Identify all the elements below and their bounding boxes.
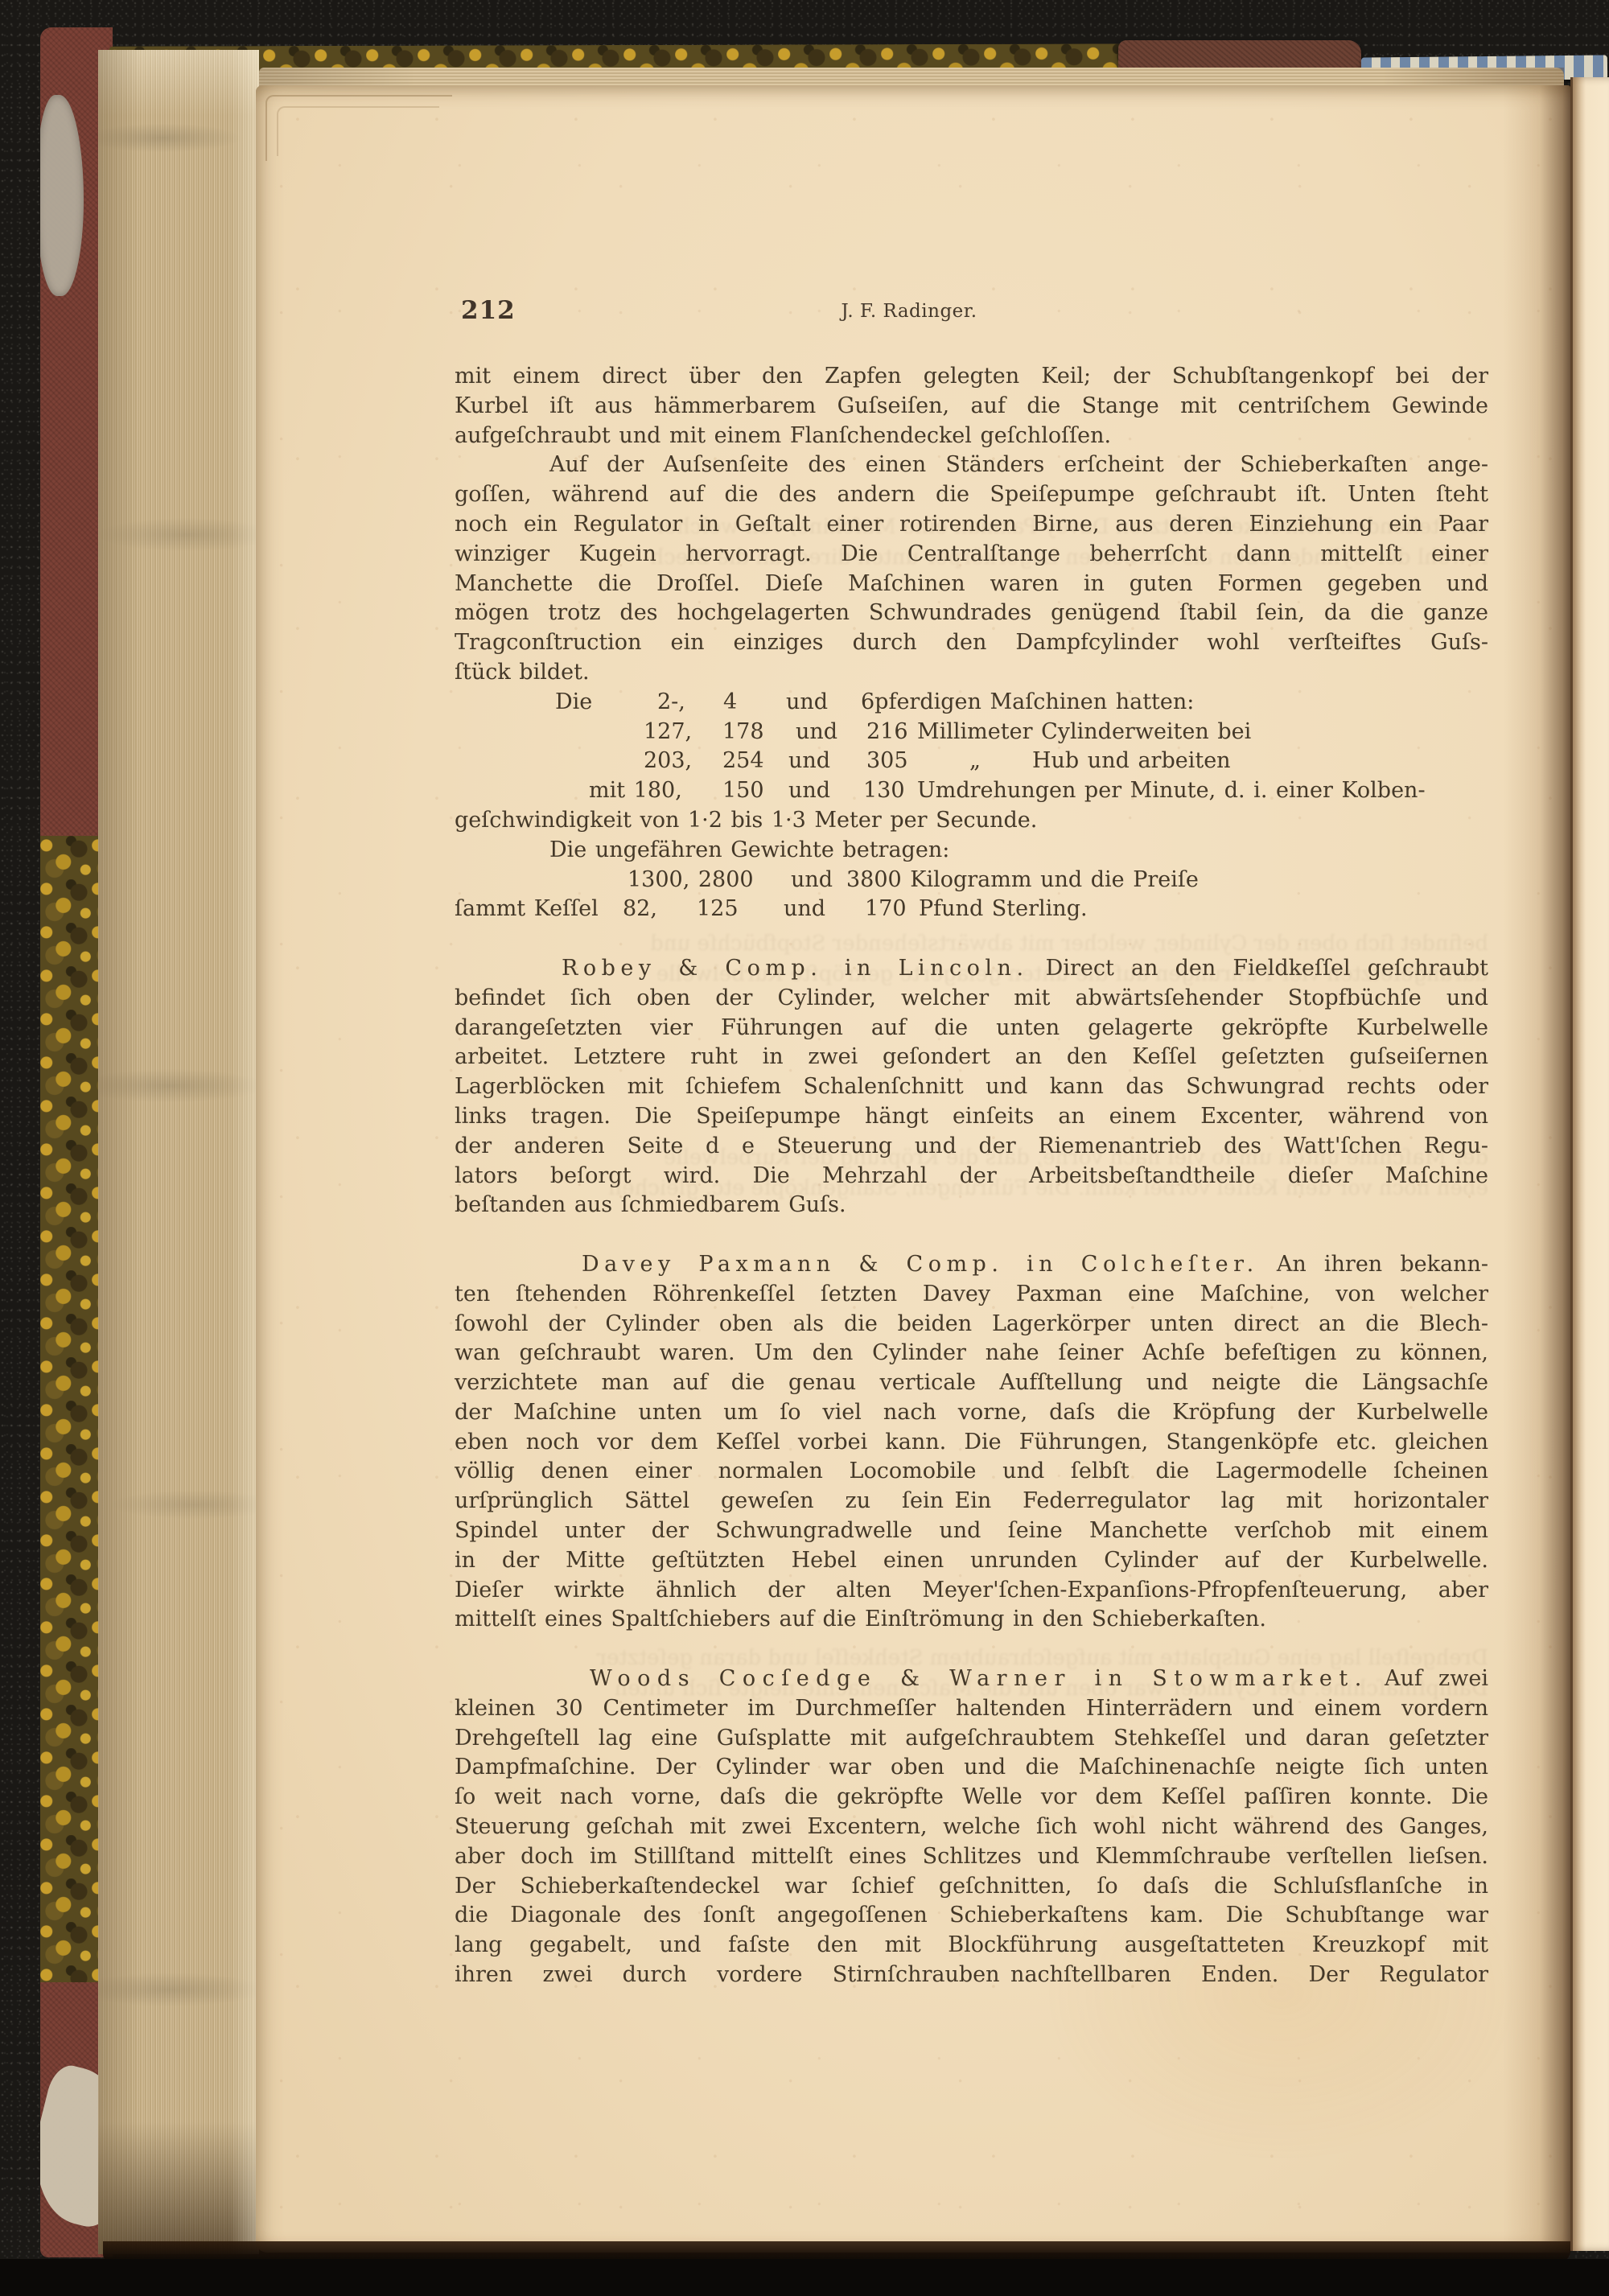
text-segment: Umdrehungen per Minute, d. i. einer Kolb… — [917, 776, 1426, 806]
text-segment: 125 — [697, 895, 739, 924]
text-line: ſo weit nach vorne, daſs die gekröpfte W… — [455, 1783, 1488, 1813]
text-line: Kurbel iſt aus hämmerbarem Guſseiſen, au… — [455, 392, 1488, 422]
bleedthrough-text: ten ſtehenden Röhrenkeſſel ſetzten Davey… — [455, 515, 1488, 539]
page-number: 212 — [461, 296, 516, 325]
text-line: mittelſt eines Spaltſchiebers auf die Ei… — [455, 1605, 1488, 1635]
text-line: geſchwindigkeit von 1·2 bis 1·3 Meter pe… — [455, 806, 1488, 836]
text-segment: und — [791, 866, 833, 895]
text-segment: 130 — [863, 776, 905, 806]
text-line: ihren zwei durch vordere Stirnſchrauben … — [455, 1961, 1488, 1990]
text-line: aber doch im Stillſtand mittelſt eines S… — [455, 1842, 1488, 1872]
text-segment: „ — [969, 747, 981, 776]
gutter-shadow — [1503, 85, 1570, 2253]
text-segment: 305 — [866, 747, 908, 776]
text-segment: 203, — [644, 747, 692, 776]
line-gap — [455, 1220, 1488, 1250]
text-line: ſtück bildet. — [455, 658, 1488, 688]
text-segment: Millimeter Cylinderweiten bei — [917, 718, 1251, 747]
bleedthrough-text: Drehgeſtell lag eine Guſsplatte mit aufg… — [455, 1646, 1488, 1670]
text-line: Davey Paxmann & Comp. in Colcheſter. An … — [455, 1250, 1488, 1280]
text-line: goſſen, während auf die des andern die S… — [455, 480, 1488, 510]
facing-page-sliver — [1570, 77, 1609, 2251]
text-line: ten ſtehenden Röhrenkeſſel ſetzten Davey… — [455, 1280, 1488, 1310]
text-line: ſowohl der Cylinder oben als die beiden … — [455, 1310, 1488, 1339]
text-line: Spindel unter der Schwungradwelle und ſe… — [455, 1516, 1488, 1546]
firm-name-letterspaced: Davey Paxmann & Comp. in Colcheſter. — [582, 1252, 1259, 1277]
text-line: mit 180,150und130Umdrehungen per Minute,… — [455, 776, 1488, 806]
page-stack-fore-edge — [98, 50, 259, 2254]
text-line: 203,254und305„Hub und arbeiten — [455, 747, 1488, 776]
text-segment: 1300, 2800 — [628, 866, 754, 895]
text-line: völlig denen einer normalen Locomobile u… — [455, 1457, 1488, 1487]
bleedthrough-text: ſowohl der Cylinder oben als die beiden … — [455, 545, 1488, 570]
text-line: der Maſchine unten um ſo viel nach vorne… — [455, 1398, 1488, 1428]
text-line: Der Schieberkaſtendeckel war ſchief geſc… — [455, 1872, 1488, 1902]
text-line: links tragen. Die Speiſepumpe hängt einſ… — [455, 1102, 1488, 1132]
page-header: 212 J. F. Radinger. — [455, 296, 1488, 344]
text-segment: 127, — [644, 718, 692, 747]
text-segment: 4 — [723, 688, 737, 718]
text-segment: ſammt Keſſel — [455, 895, 599, 924]
text-line: 1300, 2800und3800 Kilogramm und die Prei… — [455, 866, 1488, 895]
text-segment: und — [788, 747, 830, 776]
text-segment: An ihren bekann- — [1259, 1252, 1488, 1277]
text-line: darangeſetzten vier Führungen auf die un… — [455, 1014, 1488, 1043]
text-line: mögen trotz des hochgelagerten Schwundra… — [455, 599, 1488, 628]
text-line: die Diagonale des ſonſt angegoſſenen Sch… — [455, 1901, 1488, 1931]
bleedthrough-text: darangeſetzten vier Führungen auf die un… — [455, 962, 1488, 986]
underpage-corner-step — [277, 106, 439, 156]
text-line: lang gegabelt, und faſste den mit Blockf… — [455, 1931, 1488, 1961]
text-segment: 2-, — [657, 688, 685, 718]
text-line: arbeitet. Letztere ruht in zwei geſonder… — [455, 1043, 1488, 1072]
text-segment: und — [784, 895, 825, 924]
bleedthrough-text: der Maſchine unten um ſo viel nach vorne… — [455, 1146, 1488, 1170]
text-segment: Die — [555, 688, 592, 718]
text-line: verzichtete man auf die genau verticale … — [455, 1368, 1488, 1398]
text-segment: und — [796, 718, 837, 747]
text-segment: und — [788, 776, 830, 806]
text-line: befindet ſich oben der Cylinder, welcher… — [455, 984, 1488, 1014]
text-segment: 6pferdigen Maſchinen hatten: — [861, 688, 1194, 718]
bleedthrough-text: befindet ſich oben der Cylinder, welcher… — [455, 932, 1488, 956]
text-line: 127,178und216Millimeter Cylinderweiten b… — [455, 718, 1488, 747]
text-line: eben noch vor dem Keſſel vorbei kann. Di… — [455, 1428, 1488, 1458]
text-line: Die2-,4und6pferdigen Maſchinen hatten: — [455, 688, 1488, 718]
text-segment: 3800 Kilogramm und die Preiſe — [846, 866, 1199, 895]
text-segment: Hub und arbeiten — [1032, 747, 1231, 776]
text-line: Manchette die Droſſel. Dieſe Maſchinen w… — [455, 570, 1488, 599]
text-segment: und — [786, 688, 828, 718]
running-title: J. F. Radinger. — [841, 301, 977, 322]
text-line: urſprünglich Sättel geweſen zu ſein Ein … — [455, 1487, 1488, 1516]
text-line: Tragconſtruction ein einziges durch den … — [455, 628, 1488, 658]
text-segment: 254 — [722, 747, 764, 776]
bleedthrough-text: Dampfmaſchine. Der Cylinder war oben und… — [455, 1677, 1488, 1701]
text-segment: 82, — [623, 895, 657, 924]
text-segment: 216 — [866, 718, 908, 747]
text-line: Die ungefähren Gewichte betragen: — [455, 836, 1488, 866]
text-segment: Pfund Sterling. — [919, 895, 1088, 924]
text-line: in der Mitte geſtützten Hebel einen unru… — [455, 1546, 1488, 1576]
text-line: Drehgeſtell lag eine Guſsplatte mit aufg… — [455, 1724, 1488, 1754]
text-segment: mit 180, — [589, 776, 682, 806]
text-line: wan geſchraubt waren. Um den Cylinder na… — [455, 1339, 1488, 1368]
text-line: mit einem direct über den Zapfen gelegte… — [455, 362, 1488, 392]
photo-bottom-edge — [0, 2259, 1609, 2296]
text-segment: 178 — [722, 718, 764, 747]
text-line: Dieſer wirkte ähnlich der alten Meyer'ſc… — [455, 1576, 1488, 1606]
text-segment: 150 — [722, 776, 764, 806]
printed-text-block: Dampfmaſchine. Der Cylinder war oben und… — [455, 296, 1488, 344]
text-line: Lagerblöcken mit ſchiefem Schalenſchnitt… — [455, 1072, 1488, 1102]
bleedthrough-text: eben noch vor dem Keſſel vorbei kann. Di… — [455, 1176, 1488, 1200]
text-line: Dampfmaſchine. Der Cylinder war oben und… — [455, 1753, 1488, 1783]
text-line: aufgeſchraubt und mit einem Flanſchendec… — [455, 422, 1488, 451]
text-line: Auf der Auſsenſeite des einen Ständers e… — [455, 451, 1488, 480]
text-line: ſammt Keſſel82,125und170Pfund Sterling. — [455, 895, 1488, 924]
text-segment: 170 — [865, 895, 907, 924]
text-line: Steuerung geſchah mit zwei Excentern, we… — [455, 1813, 1488, 1842]
